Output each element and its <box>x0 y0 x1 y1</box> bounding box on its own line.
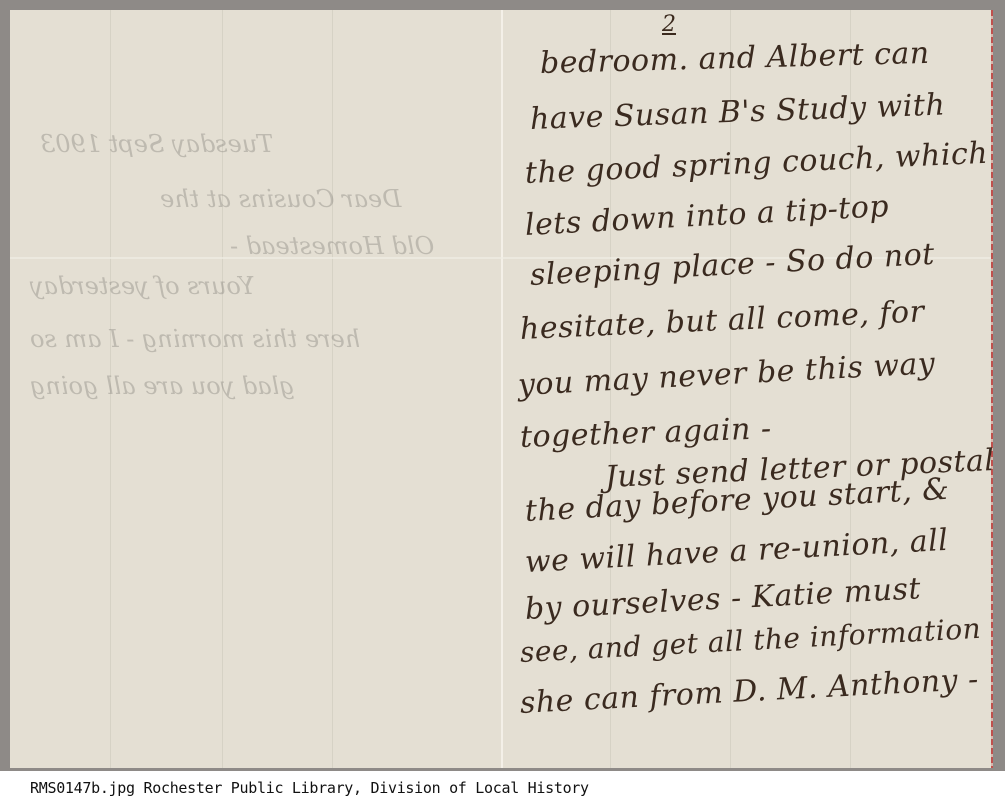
bleed-line: Old Homestead - <box>230 232 434 260</box>
handwritten-line: hesitate, but all come, for <box>519 294 925 347</box>
letter-sheet: Tuesday Sept 1903 Dear Cousins at the Ol… <box>10 10 993 768</box>
handwritten-line: lets down into a tip-top <box>524 189 890 243</box>
handwritten-line: have Susan B's Study with <box>529 88 945 137</box>
image-caption: RMS0147b.jpg Rochester Public Library, D… <box>30 779 589 797</box>
left-page-bleed-through: Tuesday Sept 1903 Dear Cousins at the Ol… <box>10 10 501 768</box>
handwritten-line: sleeping place - So do not <box>529 237 935 293</box>
handwritten-line: together again - <box>519 411 772 455</box>
right-page-handwriting: 2 bedroom. and Albert can have Susan B's… <box>510 10 993 768</box>
scan-frame: Tuesday Sept 1903 Dear Cousins at the Ol… <box>0 0 1005 771</box>
handwritten-line: bedroom. and Albert can <box>540 36 931 81</box>
bleed-line: Dear Cousins at the <box>160 185 401 213</box>
handwritten-line: the good spring couch, which <box>524 136 989 191</box>
page-number: 2 <box>662 12 676 37</box>
handwritten-line: we will have a re-union, all <box>524 523 949 580</box>
bleed-line: Yours of yesterday <box>30 272 255 300</box>
bleed-line: glad you are all going <box>30 372 295 400</box>
handwritten-line: you may never be this way <box>517 346 936 403</box>
bleed-line: here this morning - I am so <box>30 325 360 353</box>
handwritten-line: she can from D. M. Anthony - <box>519 662 979 721</box>
bleed-line: Tuesday Sept 1903 <box>40 130 273 158</box>
vertical-fold <box>501 10 503 768</box>
